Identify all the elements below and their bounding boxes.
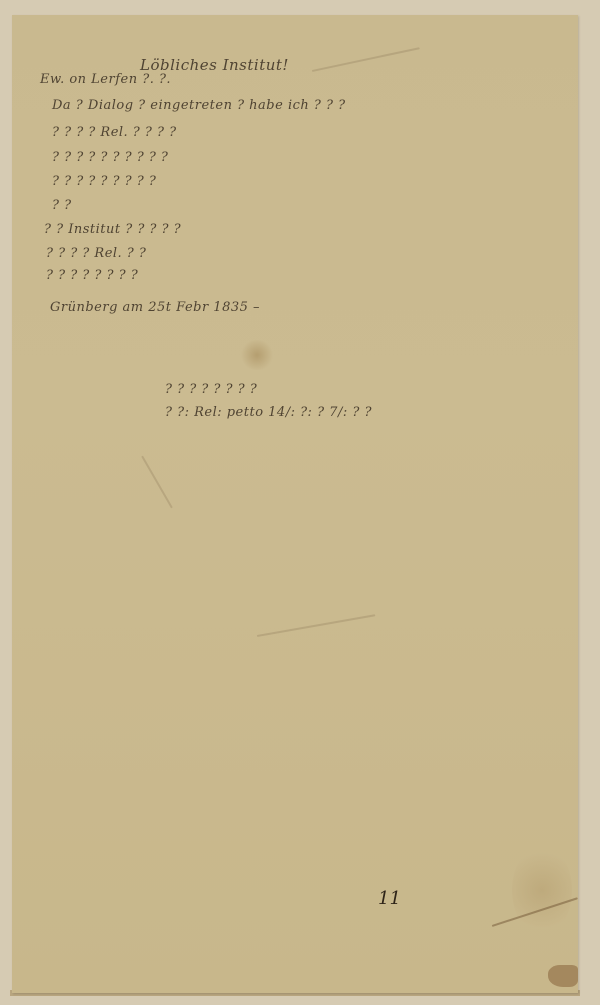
page-number-mark: 11: [378, 888, 401, 909]
corner-damage: [548, 965, 578, 987]
letter-date-line: Grünberg am 25t Febr 1835 –: [50, 300, 260, 315]
letter-line: ? ? ? ? Rel. ? ? ? ?: [52, 125, 177, 140]
paper-crease: [312, 47, 420, 72]
postscript-line: ? ? ? ? ? ? ? ?: [165, 382, 257, 397]
letter-line: ? ? ? ? ? ? ? ?: [46, 268, 138, 283]
paper-crease: [141, 456, 173, 509]
letter-line: Ew. on Lerfen ?. ?.: [40, 72, 171, 87]
letter-line: Da ? Dialog ? eingetreten ? habe ich ? ?…: [52, 98, 346, 113]
ink-stain: [240, 340, 274, 370]
water-stain: [512, 845, 572, 935]
paper-crease: [257, 614, 376, 637]
letter-line: ? ?: [52, 198, 72, 213]
letter-line: ? ? ? ? Rel. ? ?: [46, 246, 146, 261]
letter-line: ? ? ? ? ? ? ? ? ? ?: [52, 150, 168, 165]
letter-line: ? ? Institut ? ? ? ? ?: [44, 222, 181, 237]
letter-line: ? ? ? ? ? ? ? ? ?: [52, 174, 156, 189]
postscript-line: ? ?: Rel: petto 14/: ?: ? 7/: ? ?: [165, 405, 372, 420]
